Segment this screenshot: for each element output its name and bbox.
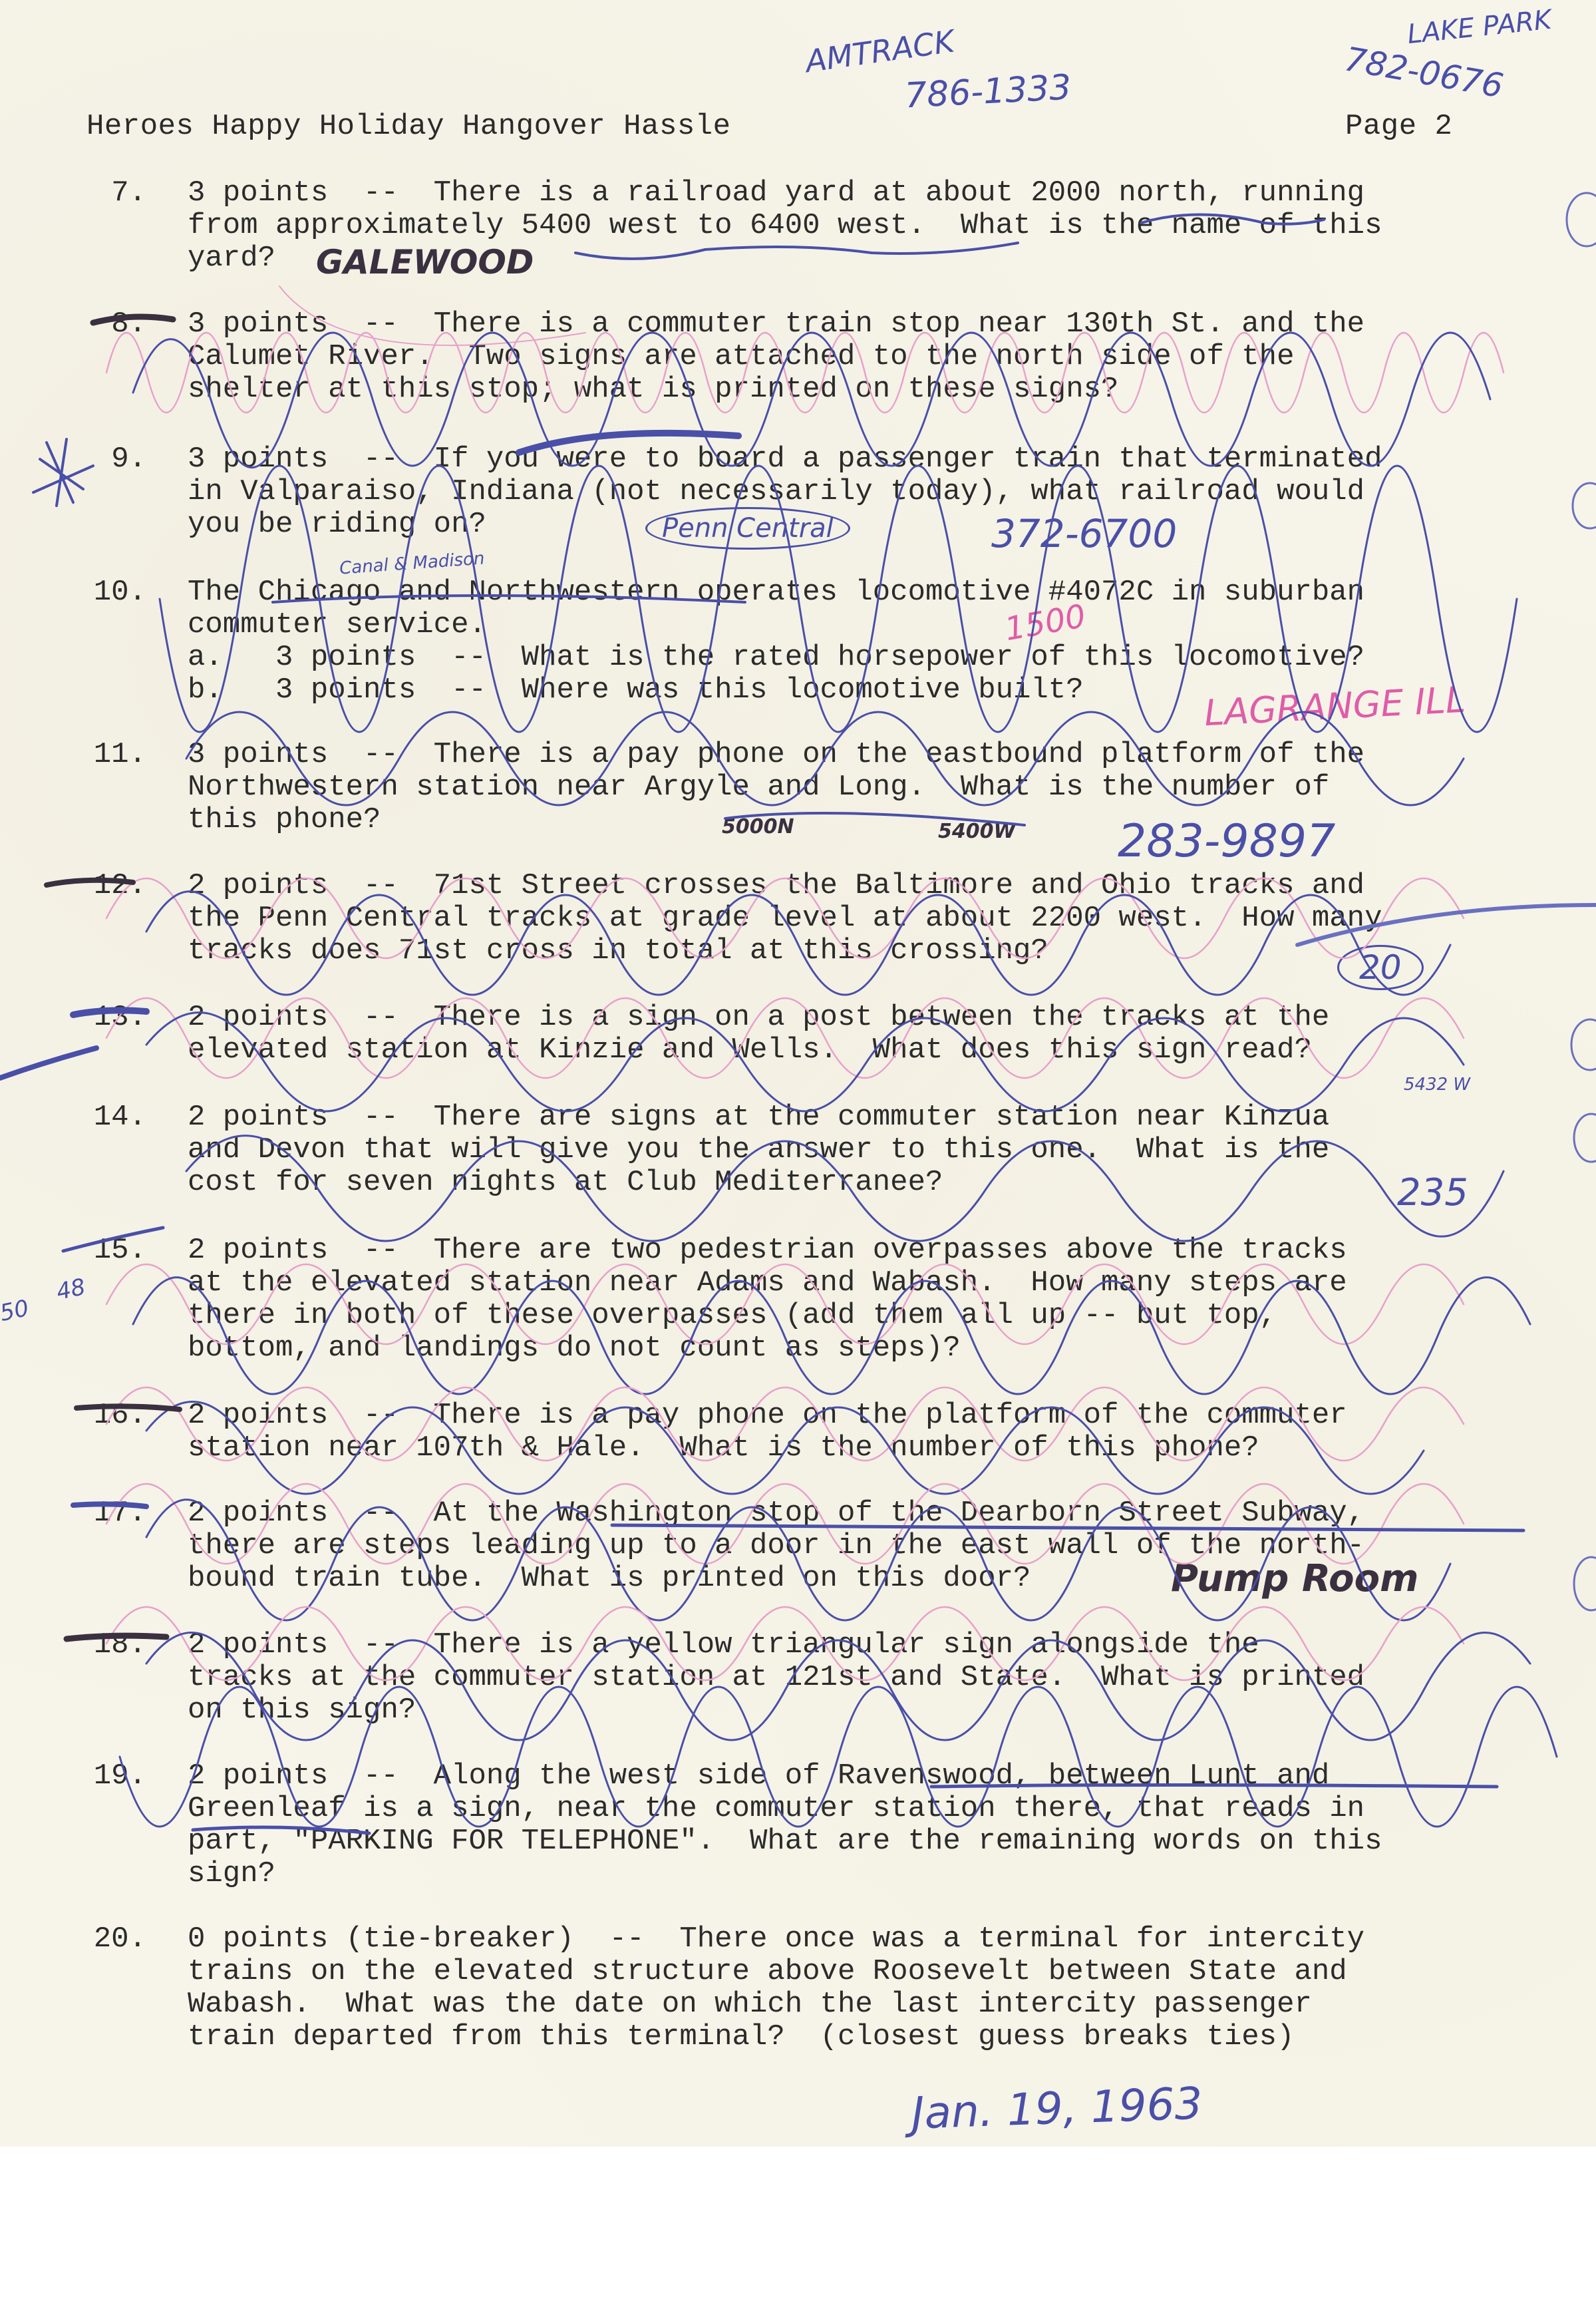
question-text-line: Greenleaf is a sign, near the commuter s… [188,1793,1558,1825]
question-text-line: elevated station at Kinzie and Wells. Wh… [188,1034,1558,1067]
question-text-line: in Valparaiso, Indiana (not necessarily … [188,476,1558,508]
handwritten-q17-answer: Pump Room [1171,1557,1418,1600]
handwritten-q7-answer: GALEWOOD [316,243,534,281]
question-text-line: 0 points (tie-breaker) -- There once was… [188,1923,1558,1956]
question-number: 9. [67,443,146,475]
question-text-line: The Chicago and Northwestern operates lo… [188,576,1558,609]
question-number: 17. [67,1497,146,1529]
question-text-line: station near 107th & Hale. What is the n… [188,1432,1558,1465]
handwritten-q14-answer: 235 [1397,1171,1468,1214]
handwritten-q11-note-a: 5000N [722,815,794,838]
question-text-line: Calumet River. Two signs are attached to… [188,341,1558,373]
question-number: 13. [67,1001,146,1033]
question-text-line: 2 points -- Along the west side of Raven… [188,1760,1558,1793]
question-text-line: on this sign? [188,1694,1558,1727]
question-text-line: 2 points -- There are two pedestrian ove… [188,1234,1558,1267]
question-number: 19. [67,1760,146,1792]
question-text-line: 2 points -- At the Washington stop of th… [188,1497,1558,1530]
document-title: Heroes Happy Holiday Hangover Hassle [86,110,731,142]
question-text-line: tracks at the commuter station at 121st … [188,1662,1558,1694]
question-text-line: 2 points -- 71st Street crosses the Balt… [188,870,1558,902]
question-number: 8. [67,308,146,340]
question-number: 16. [67,1399,146,1431]
question-number: 12. [67,870,146,902]
question-text-line: 3 points -- There is a pay phone on the … [188,739,1558,771]
question-number: 20. [67,1923,146,1955]
page-number: Page 2 [1345,110,1452,142]
question-text-line: train departed from this terminal? (clos… [188,2021,1558,2053]
handwritten-q11-answer: 283-9897 [1118,815,1335,868]
question-text-line: this phone? [188,804,1558,836]
question-text-line: sign? [188,1858,1558,1890]
question-text-line: 2 points -- There is a sign on a post be… [188,1001,1558,1034]
question-text-line: 3 points -- There is a commuter train st… [188,308,1558,341]
question-text-line: the Penn Central tracks at grade level a… [188,902,1558,935]
handwritten-q11-note-b: 5400W [938,820,1016,843]
question-text-line: you be riding on? [188,508,1558,541]
question-number: 18. [67,1629,146,1661]
question-text-line: shelter at this stop; what is printed on… [188,373,1558,406]
question-text-line: bottom, and landings do not count as ste… [188,1332,1558,1365]
question-text-line: commuter service. [188,609,1558,641]
question-text-line: 3 points -- There is a railroad yard at … [188,177,1558,210]
question-text-line: 2 points -- There is a yellow triangular… [188,1629,1558,1662]
question-number: 10. [67,576,146,608]
question-text-line: 3 points -- If you were to board a passe… [188,443,1558,476]
question-text-line: trains on the elevated structure above R… [188,1956,1558,1988]
question-text-line: and Devon that will give you the answer … [188,1134,1558,1166]
question-number: 14. [67,1101,146,1133]
question-text-line: there in both of these overpasses (add t… [188,1300,1558,1332]
question-number: 7. [67,177,146,209]
handwritten-q12-answer: 20 [1337,945,1424,990]
handwritten-q9-answer: Penn Central [645,507,850,550]
question-text-line: 2 points -- There is a pay phone on the … [188,1399,1558,1432]
handwritten-q14-note: 5432 W [1404,1075,1470,1095]
handwritten-q9-phone: 372-6700 [991,511,1177,556]
handwritten-q20-answer: Jan. 19, 1963 [911,2077,1203,2139]
question-text-line: Wabash. What was the date on which the l… [188,1988,1558,2021]
question-number: 11. [67,739,146,771]
question-text-line: 2 points -- There are signs at the commu… [188,1101,1558,1134]
question-text-line: a. 3 points -- What is the rated horsepo… [188,641,1558,674]
question-text-line: part, "PARKING FOR TELEPHONE". What are … [188,1825,1558,1858]
question-text-line: at the elevated station near Adams and W… [188,1267,1558,1300]
question-text-line: Northwestern station near Argyle and Lon… [188,771,1558,804]
question-text-line: from approximately 5400 west to 6400 wes… [188,210,1558,242]
question-text-line: cost for seven nights at Club Mediterran… [188,1166,1558,1199]
question-number: 15. [67,1234,146,1266]
